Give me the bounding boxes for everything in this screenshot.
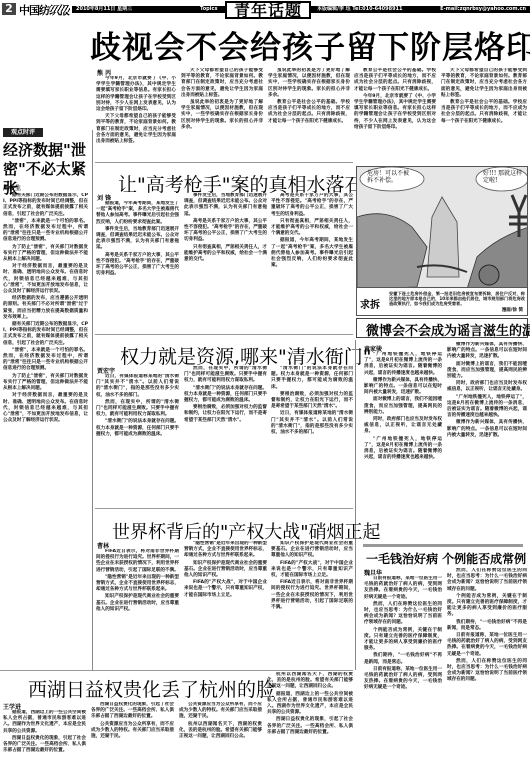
paragraph: 西湖日益权贵化的现象，引起了社会各界的广泛关注。一些高档会所、私人俱乐部占据了西… [267, 717, 353, 736]
paragraph: 知识产权保护是现代商业社会的重要基石。企业在进行营销活动时，应当尊重他人的知识产… [271, 541, 353, 560]
paragraph: 然而，在现实中，所谓的"清水衙门"也同样可能滋生腐败。只要手中握有权力，就有可能… [96, 400, 179, 419]
paragraph: 杭州以西湖闻名天下，西湖的权贵化，丢的是杭州的脸。希望有关部门能够正视这一问题，… [179, 722, 262, 741]
decorative-hatch [50, 6, 70, 12]
paragraph: FIFA近日表示，将对南非世界杯期间的侵权行为进行追究。世界杯期间，一些企业在未… [271, 580, 353, 611]
sidebar-kicker: 观点时评 [3, 128, 43, 137]
gaokao-body-col3: 高考是关系千家万户的大事，其公平性不容侵犯。"高考枪手"的存在，严重破坏了高考的… [271, 193, 353, 326]
paragraph: 天下父母都希望自己的孩子能够受到平等的教育，不论家庭背景如何。教育部门在制定政策… [96, 114, 176, 145]
page-number: 2 [2, 3, 16, 15]
cartoon-credit: 漫画/徐 简 [502, 307, 523, 313]
paragraph: 经济数据的发布，应当遵循公开透明的原则。有关部门不必对所谓"泄密"过于紧张，而应… [3, 296, 88, 321]
paragraph: 据报道，今年高考期间，某地发生了一起"高考枪手"案，多名大学生被雇佣代替他人参加… [96, 201, 179, 226]
paragraph: 天下父母都希望自己的孩子能够受到平等的教育，不论家庭背景如何。教育部门在制定政策… [181, 68, 263, 99]
gaokao-body-col1: 据报道，今年高考期间，某地发生了一起"高考枪手"案，多名大学生被雇佣代替他人参加… [96, 201, 179, 326]
paragraph: 天下父母都希望自己的孩子能够受到平等的教育，不论家庭背景如何。教育部门在制定政策… [441, 68, 527, 99]
paragraph: 然而，人们在称赞这位医生的同时，也应当思考：为什么一毛钱治好病会成为新闻？这恰恰… [364, 602, 442, 627]
paragraph: 个例能否成为常例，关键在于制度。只有建立完善的医疗保障制度，才能让更多的病人享受… [447, 594, 527, 619]
paragraph: "清水衙门"的说法本身就存在问题。权力本身就是一种资源，任何部门只要手握权力，都… [184, 386, 267, 405]
speech-bubble-left: 危房！可以不被拆不补偿。 [367, 170, 412, 184]
paragraph: 要根治腐败，必须加强对权力的监督和制约，让权力在阳光下运行，而不是寄希望于某些部… [271, 392, 353, 411]
paragraph: 虽说此举的初衷是为了更好地了解学生家庭情况，以便因材施教，但在现实中，一些学校确… [181, 100, 263, 131]
paragraph: 我们期待，"一毛钱治好病"不再是新闻，而是常态。 [447, 620, 527, 632]
paragraph: 知识产权保护是现代商业社会的重要基石。企业在进行营销活动时，应当尊重他人的知识产… [184, 561, 267, 580]
section-divider [0, 670, 353, 671]
editor-bar: 本版编辑/李 珏 Tel:010-64098911 E-mail:zqnrbsy… [311, 6, 530, 13]
paragraph: 面对微博上的谣言，我们不能因噎废食，而应当加强管理，提高网民的辨别能力。 [447, 362, 527, 381]
paragraph: 高考是关系千家万户的大事，其公平性不容侵犯。"高考枪手"的存在，严重破坏了高考的… [271, 193, 353, 218]
paragraph: 同时，政府部门也应当及时发布权威信息，以正视听，让谣言无处藏身。 [447, 381, 527, 393]
paragraph: 然而，人们在称赞这位医生的同时，也应当思考：为什么一毛钱治好病会成为新闻？这恰恰… [447, 568, 527, 593]
paragraph: "广州地铁撞死人，地铁停运了"，这是8月初在微博上流传的一条消息，后被证实为谣言… [364, 437, 442, 462]
date-line: 2010年8月11日 星期三 [76, 6, 132, 12]
paragraph: 教育公平是社会公平的基础。学校应当是孩子们平等成长的地方，而不应成为社会分层的起… [354, 68, 436, 93]
power-body-col2: 然而，在现实中，所谓的"清水衙门"也同样可能滋生腐败。只要手中握有权力，就有可能… [184, 366, 267, 504]
paragraph: 据报道，西湖边上的一些公共空间被私人会所占据，普通市民和游客难以进入。西湖作为世… [267, 692, 353, 717]
paragraph: 微博作为新兴媒体，具有传播快、影响广的特点。一条信息可以在短时间内被大量转发，迅… [447, 420, 527, 439]
section-title: 青年话题 [225, 1, 311, 19]
yimao-body-col1: 日前有报道称，某地一位医生用一毛钱的药就治好了病人的病，受到网友热捧。在看病贵的… [364, 576, 442, 756]
cartoon-illustration-icon [357, 167, 528, 288]
paragraph: 然而，人们在称赞这位医生的同时，也应当思考：为什么一毛钱治好病会成为新闻？这恰恰… [447, 659, 527, 684]
paragraph: 杭州以西湖闻名天下，西湖的权贵化，丢的是杭州的脸。希望有关部门能够正视这一问题，… [267, 672, 353, 691]
paragraph: 今年9月，北京市就要了《中、小学学生学籍管理办法》，其中规定学生需要填写家长职业… [96, 76, 176, 113]
paragraph: 同时，政府部门也应当及时发布权威信息，以正视听，让谣言无处藏身。 [364, 417, 442, 436]
worldcup-body-col3: 知识产权保护是现代商业社会的重要基石。企业在进行营销活动时，应当尊重他人的知识产… [271, 541, 353, 669]
editor-line: 本版编辑/李 珏 Tel:010-64098911 [317, 6, 403, 13]
speech-bubble-right: 好!!! 那就这样定啦! [483, 170, 523, 184]
power-headline: 权力就是资源,哪来"清水衙门" [120, 342, 372, 369]
caption-label: 求拆 [360, 296, 380, 311]
paragraph: 对于经济数据而言，最重要的是及时、准确、透明地向公众发布。在信息时代，封锁信息已… [3, 393, 88, 424]
paragraph: 要根治腐败，必须加强对权力的监督和制约，让权力在阳光下运行，而不是寄希望于某些部… [184, 405, 267, 424]
cartoon-caption: 求拆 安徽下连土危房补偿金，第一批老旧危房被宣布要拆除，居住户反对，称这里的地方… [356, 288, 528, 316]
paragraph: 只有彻查真相，严惩相关责任人，才能维护高考的公平和权威，给社会一个满意的交代。 [271, 219, 353, 238]
topics-label: Topics [200, 6, 217, 13]
paragraph: 微博作为新兴媒体，具有传播快、影响广的特点。一条信息可以在短时间内被大量转发，迅… [364, 378, 442, 397]
lead-headline: 歧视会不会给孩子留下阶层烙印 [90, 22, 530, 67]
lead-body-col1: 今年9月，北京市就要了《中、小学学生学籍管理办法》，其中规定学生需要填写家长职业… [96, 76, 176, 156]
paragraph: 公共资源应当为公众所享有，而不应成为少数人的特权。有关部门应当采取措施，还湖于民… [179, 702, 262, 721]
paragraph: 为了防止"泄密"，有关部门对数据发布实行了严格的管理，但这种做法并不能从根本上解… [3, 374, 88, 393]
paragraph: FIFA近日表示，将对南非世界杯期间的侵权行为进行追究。世界杯期间，一些企业在未… [96, 549, 179, 574]
lead-body-col2: 天下父母都希望自己的孩子能够受到平等的教育，不论家庭背景如何。教育部门在制定政策… [181, 68, 263, 156]
paragraph: FIFA的"产权大战"，对于中国企业来说也是一个警示，只有尊重知识产权，才能在国… [184, 580, 267, 599]
paragraph: 西湖日益权贵化的现象，引起了社会各界的广泛关注。一些高档会所、私人俱乐部占据了西… [91, 702, 174, 721]
yimao-body-col2: 然而，人们在称赞这位医生的同时，也应当思考：为什么一毛钱治好病会成为新闻？这恰恰… [447, 568, 527, 756]
sidebar-body: 据有关部门近期公布的数据显示，CPI、PPI等指标的发布时间已经调整，但在正式发… [3, 193, 88, 665]
yimao-headline: 一毛钱治好病 个例能否成常例 [366, 550, 526, 567]
section-divider [95, 334, 353, 335]
weibo-body-col1: "广州地铁撞死人，地铁停运了"，这是8月初在微博上流传的一条消息，后被证实为谣言… [364, 352, 442, 540]
paragraph: 然而，在现实中，所谓的"清水衙门"也同样可能滋生腐败。只要手中握有权力，就有可能… [184, 366, 267, 385]
section-divider [95, 162, 353, 163]
paragraph: "广州地铁撞死人，地铁停运了"，这是8月初在微博上流传的一条消息，后被证实为谣言… [364, 352, 442, 377]
paragraph: 对于经济数据而言，最重要的是及时、准确、透明地向公众发布。在信息时代，封锁信息已… [3, 264, 88, 295]
paragraph: "泄密"，本来就是一个可怕的罪名。然而，在经济数据发布过程中，所谓的"泄密"往往… [3, 348, 88, 373]
editorial-cartoon: 危房！可以不被拆不补偿。 好!!! 那就这样定啦! [356, 166, 528, 288]
paragraph: 据报道，西湖边上的一些公共空间被私人会所占据，普通市民和游客难以进入。西湖作为世… [3, 710, 86, 735]
xihu-body-col4: 杭州以西湖闻名天下，西湖的权贵化，丢的是杭州的脸。希望有关部门能够正视这一问题，… [267, 672, 353, 763]
paragraph: 日前有报道称，某地一位医生用一毛钱的药就治好了病人的病，受到网友热捧。在看病贵的… [364, 667, 442, 692]
paragraph: 个例能否成为常例，关键在于制度。只有建立完善的医疗保障制度，才能让更多的病人享受… [364, 628, 442, 653]
paragraph: 据有关部门近期公布的数据显示，CPI、PPI等指标的发布时间已经调整，但在正式发… [3, 193, 88, 218]
paragraph: 微博作为新兴媒体，具有传播快、影响广的特点。一条信息可以在短时间内被大量转发，迅… [447, 342, 527, 361]
column-divider [92, 130, 93, 670]
weibo-headline: 微博会不会成为谣言滋生的温床 [366, 320, 530, 339]
lead-body-col4: 教育公平是社会公平的基础。学校应当是孩子们平等成长的地方，而不应成为社会分层的起… [354, 68, 436, 156]
section-divider [95, 508, 353, 509]
paragraph: "清水衙门"的说法本身就存在问题。权力本身就是一种资源，任何部门只要手握权力，都… [271, 366, 353, 391]
gaokao-body-col2: 事件发生后，当地教育部门迅速展开调查，但调查结果迟迟未能公布。公众对此表示强烈不… [184, 193, 267, 326]
paragraph: 只有彻查真相，严惩相关责任人，才能维护高考的公平和权威，给社会一个满意的交代。 [184, 245, 267, 264]
paragraph: 公共资源应当为公众所享有，而不应成为少数人的特权。有关部门应当采取措施，还湖于民… [91, 722, 174, 741]
worldcup-body-col2: "隐性营销"是近年来出现的一种新型营销方式，企业不直接使用世界杯标志，却通过各种… [184, 541, 267, 669]
paragraph: 据有关部门近期公布的数据显示，CPI、PPI等指标的发布时间已经调整，但在正式发… [3, 322, 88, 347]
sidebar-author: 周俊生 [3, 183, 21, 192]
paragraph: 今年9月，北京市就要了《中、小学学生学籍管理办法》，其中规定学生需要填写家长职业… [354, 94, 436, 131]
paragraph: 西湖日益权贵化的现象，引起了社会各界的广泛关注。一些高档会所、私人俱乐部占据了西… [3, 736, 86, 755]
column-divider [355, 340, 356, 670]
paragraph: 我们期待，"一毛钱治好病"不再是新闻，而是常态。 [364, 653, 442, 665]
paragraph: 面对微博上的谣言，我们不能因噎废食，而应当加强管理，提高网民的辨别能力。 [364, 397, 442, 416]
paragraph: 高考是关系千家万户的大事，其公平性不容侵犯。"高考枪手"的存在，严重破坏了高考的… [96, 253, 179, 278]
weibo-body-col2: 微博作为新兴媒体，具有传播快、影响广的特点。一条信息可以在短时间内被大量转发，迅… [447, 342, 527, 540]
paragraph: 教育公平是社会公平的基础。学校应当是孩子们平等成长的地方，而不应成为社会分层的起… [268, 100, 350, 125]
yimao-top-rule [363, 544, 523, 547]
lead-body-col3: 虽说此举的初衷是为了更好地了解学生家庭情况，以便因材施教，但在现实中，一些学校确… [268, 68, 350, 156]
paragraph: 近日，有媒体报道称某地的"清水衙门"其实并不"清水"。以前人们常说的"清水衙门"… [96, 374, 179, 399]
power-body-col1: 近日，有媒体报道称某地的"清水衙门"其实并不"清水"。以前人们常说的"清水衙门"… [96, 374, 179, 504]
paragraph: "隐性营销"是近年来出现的一种新型营销方式，企业不直接使用世界杯标志，却通过各种… [184, 541, 267, 560]
xihu-headline: 西湖日益权贵化丢了杭州的脸 [28, 675, 275, 702]
paragraph: 近日，有媒体报道称某地的"清水衙门"其实并不"清水"。以前人们常说的"清水衙门"… [271, 411, 353, 436]
paragraph: FIFA的"产权大战"，对于中国企业来说也是一个警示，只有尊重知识产权，才能在国… [271, 561, 353, 580]
paragraph: 据报道，今年高考期间，某地发生了一起"高考枪手"案，多名大学生被雇佣代替他人参加… [271, 238, 353, 269]
paragraph: 日前有报道称，某地一位医生用一毛钱的药就治好了病人的病，受到网友热捧。在看病贵的… [447, 633, 527, 658]
paragraph: "隐性营销"是近年来出现的一种新型营销方式，企业不直接使用世界杯标志，却通过各种… [96, 575, 179, 594]
xihu-body-col1: 据报道，西湖边上的一些公共空间被私人会所占据，普通市民和游客难以进入。西湖作为世… [3, 710, 86, 763]
email-line: E-mail:zqnrbsy@yahoo.com.cn [440, 6, 526, 13]
worldcup-body-col1: FIFA近日表示，将对南非世界杯期间的侵权行为进行追究。世界杯期间，一些企业在未… [96, 549, 179, 669]
paragraph: 虽说此举的初衷是为了更好地了解学生家庭情况，以便因材施教，但在现实中，一些学校确… [268, 68, 350, 99]
paragraph: 知识产权保护是现代商业社会的重要基石。企业在进行营销活动时，应当尊重他人的知识产… [96, 594, 179, 613]
paragraph: "广州地铁撞死人，地铁停运了"，这是8月初在微博上流传的一条消息，后被证实为谣言… [447, 395, 527, 420]
xihu-body-col3: 公共资源应当为公众所享有，而不应成为少数人的特权。有关部门应当采取措施，还湖于民… [179, 702, 262, 763]
paragraph: 事件发生后，当地教育部门迅速展开调查，但调查结果迟迟未能公布。公众对此表示强烈不… [96, 227, 179, 252]
power-body-col3: "清水衙门"的说法本身就存在问题。权力本身就是一种资源，任何部门只要手握权力，都… [271, 366, 353, 504]
paragraph: 事件发生后，当地教育部门迅速展开调查，但调查结果迟迟未能公布。公众对此表示强烈不… [184, 193, 267, 218]
paragraph: "泄密"，本来就是一个可怕的罪名。然而，在经济数据发布过程中，所谓的"泄密"往往… [3, 219, 88, 244]
paragraph: 日前有报道称，某地一位医生用一毛钱的药就治好了病人的病，受到网友热捧。在看病贵的… [364, 576, 442, 601]
lead-body-col5: 天下父母都希望自己的孩子能够受到平等的教育，不论家庭背景如何。教育部门在制定政策… [441, 68, 527, 156]
paragraph: 高考是关系千家万户的大事，其公平性不容侵犯。"高考枪手"的存在，严重破坏了高考的… [184, 219, 267, 244]
paragraph: 教育公平是社会公平的基础。学校应当是孩子们平等成长的地方，而不应成为社会分层的起… [441, 100, 527, 125]
xihu-body-col2: 西湖日益权贵化的现象，引起了社会各界的广泛关注。一些高档会所、私人俱乐部占据了西… [91, 702, 174, 763]
paragraph: "清水衙门"的说法本身就存在问题。权力本身就是一种资源，任何部门只要手握权力，都… [96, 419, 179, 438]
paragraph: 为了防止"泄密"，有关部门对数据发布实行了严格的管理，但这种做法并不能从根本上解… [3, 245, 88, 264]
